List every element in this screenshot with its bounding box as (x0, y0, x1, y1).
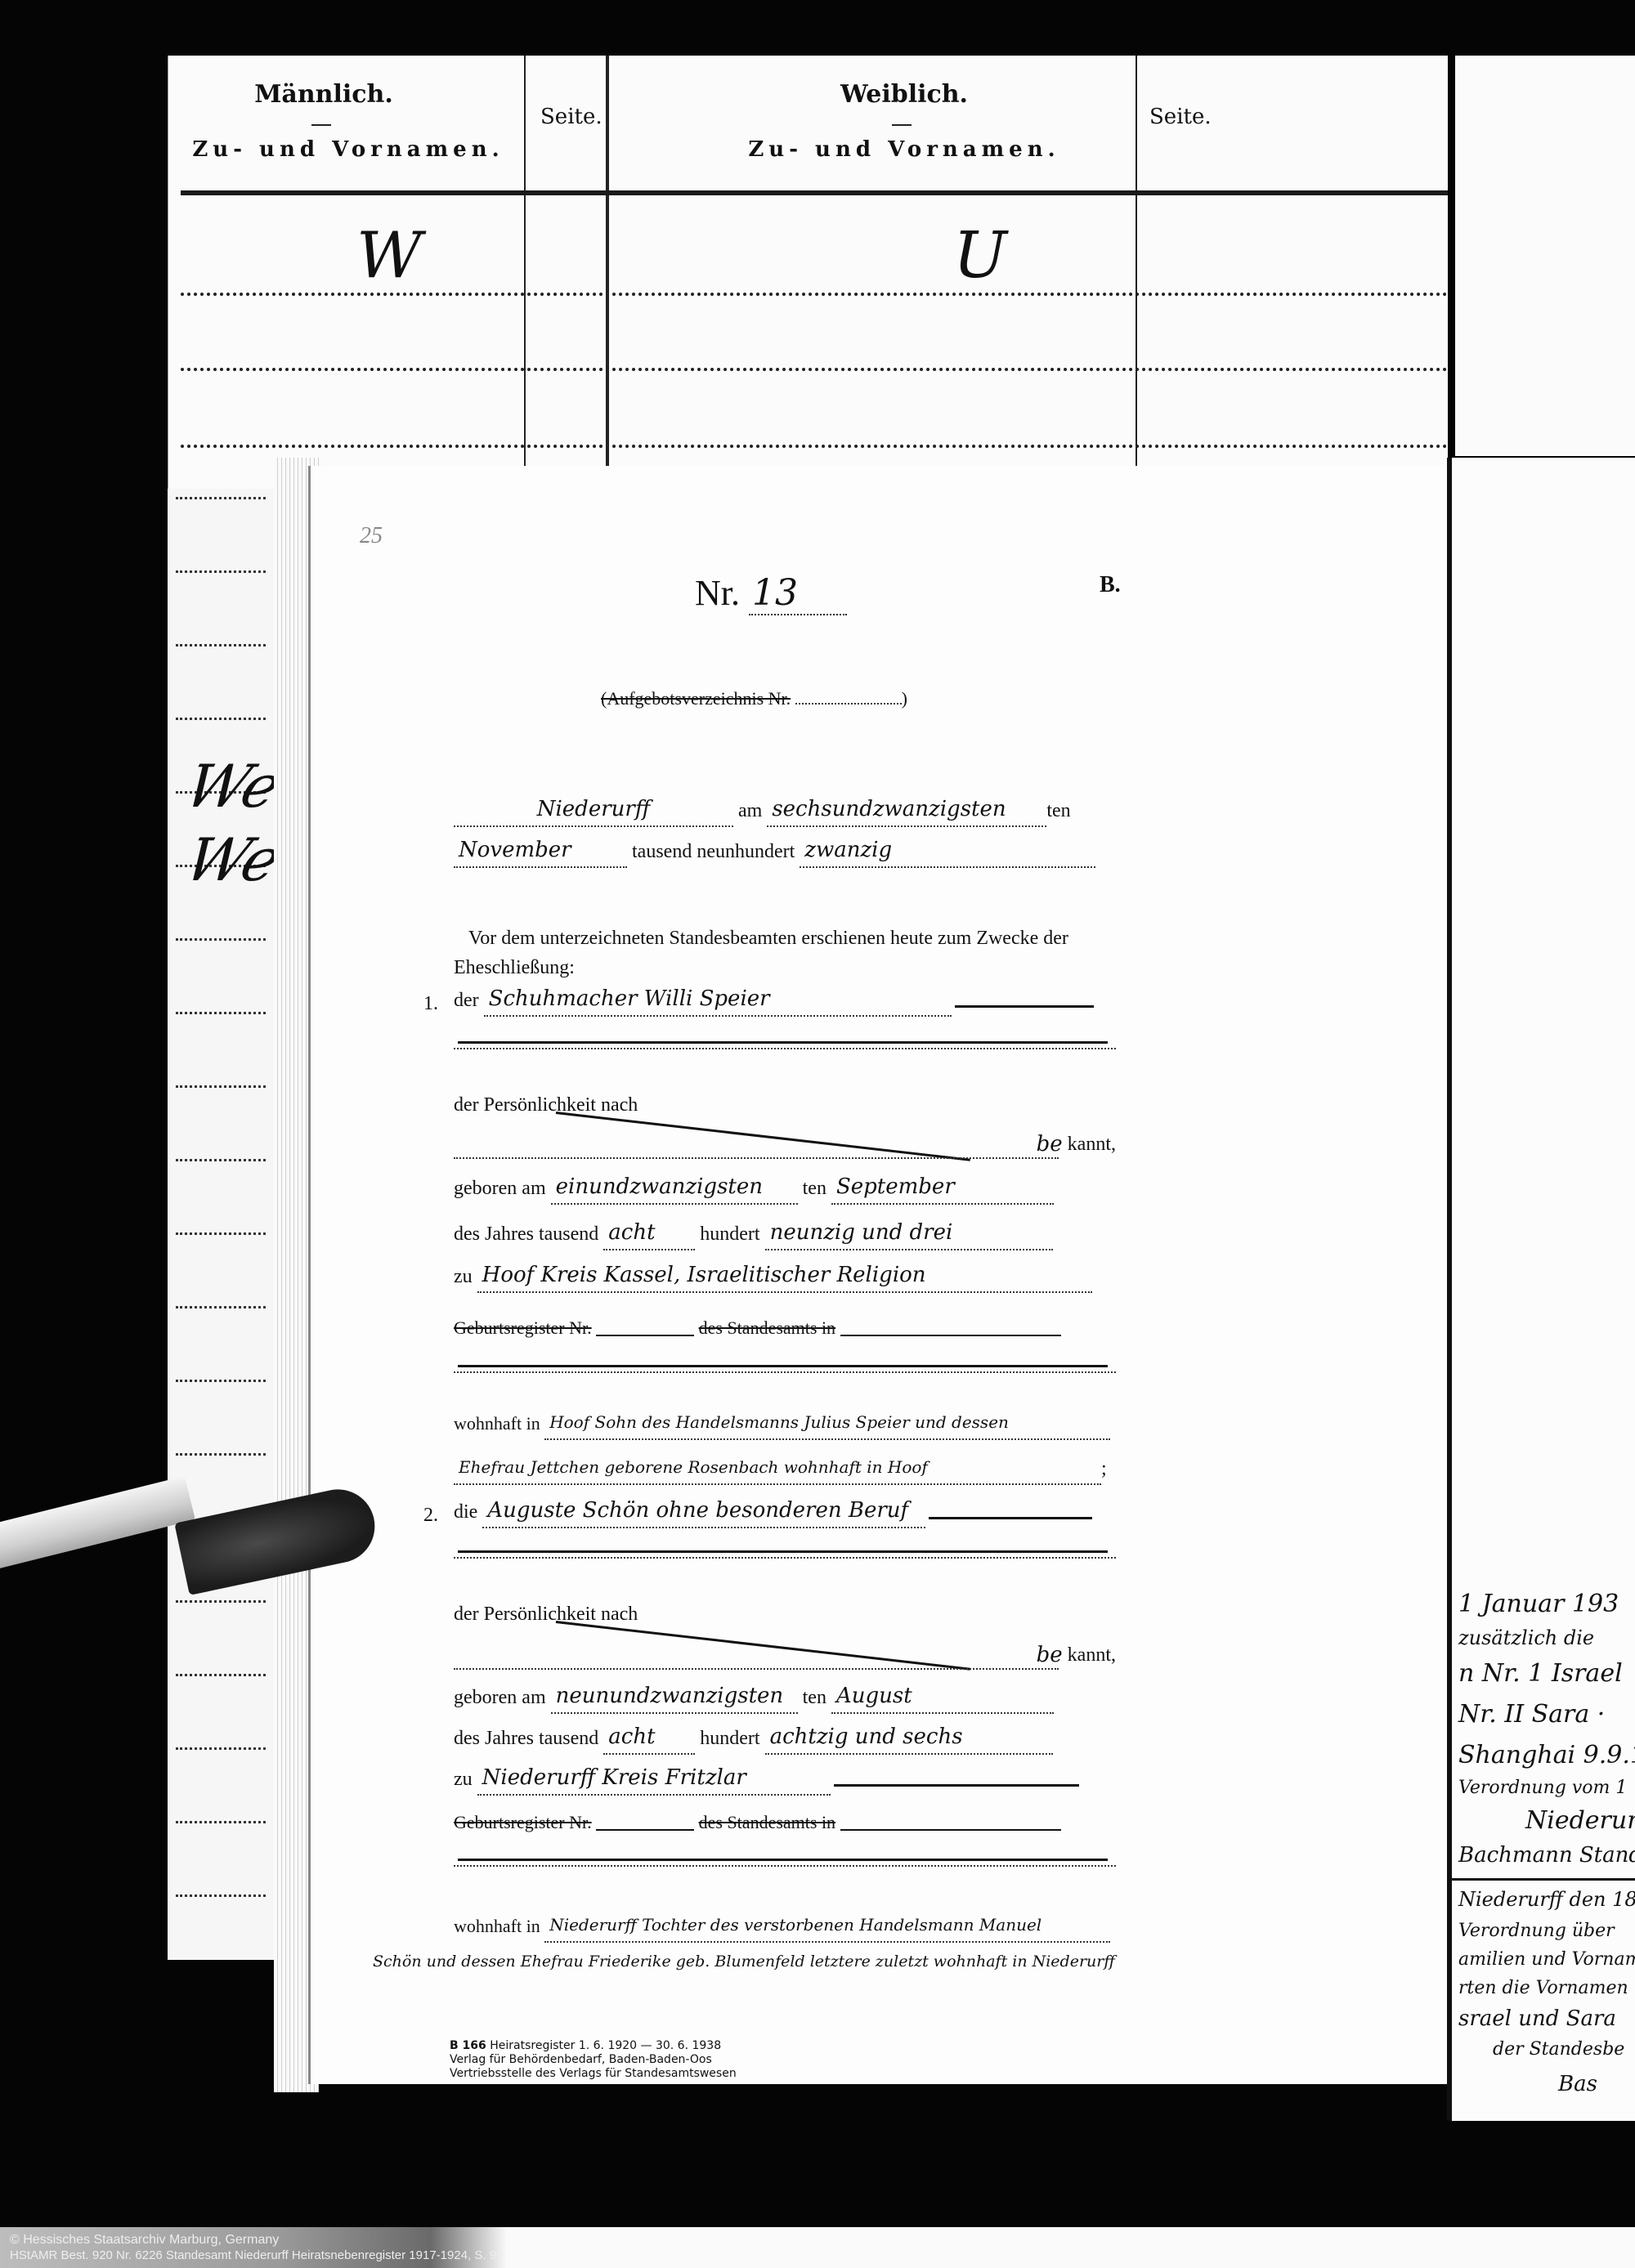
divider (311, 124, 331, 126)
groom-birthplace: Hoof Kreis Kassel, Israelitischer Religi… (477, 1259, 1092, 1293)
groom-residence: Hoof Sohn des Handelsmanns Julius Speier… (544, 1406, 1110, 1440)
bride-residence-cont: Schön und dessen Ehefrau Friederike geb.… (368, 1945, 1244, 1978)
header-female-page: Seite. (1149, 105, 1212, 129)
bride-residence-line2: Schön und dessen Ehefrau Friederike geb.… (368, 1945, 1251, 1978)
groom-birth-date-line: geboren am einundzwanzigsten ten Septemb… (454, 1170, 1116, 1203)
header-female-sub: Zu- und Vornamen. (741, 137, 1068, 162)
bride-residence: Niederurff Tochter des verstorbenen Hand… (544, 1908, 1110, 1943)
header-male-page: Seite. (540, 105, 602, 129)
margin-note-signature: Bas (1558, 2072, 1597, 2096)
entry-line (181, 368, 1448, 371)
series-letter: B. (1100, 572, 1121, 598)
entry-number: Nr. 13 (695, 572, 847, 614)
groom-name-line: 1. der Schuhmacher Willi Speier (454, 982, 1116, 1015)
index-page: Männlich. Zu- und Vornamen. Seite. Weibl… (168, 56, 1448, 489)
margin-note-line: n Nr. 1 Israel (1458, 1659, 1623, 1688)
bride-birth-month: August (831, 1680, 1054, 1714)
margin-note-line: der Standesbe (1493, 2039, 1624, 2060)
column-divider (1136, 56, 1137, 489)
margin-note-line: Verordnung vom 1 (1458, 1778, 1627, 1798)
form-imprint: B 166 Heiratsregister 1. 6. 1920 — 30. 6… (450, 2039, 737, 2081)
margin-note-line: rten die Vornamen (1458, 1978, 1628, 1998)
marriage-register-form: 25 Nr. 13 B. (Aufgebotsverzeichnis Nr. )… (311, 466, 1447, 2084)
groom-name-field: Schuhmacher Willi Speier (484, 982, 952, 1017)
entry-number-value: 13 (749, 572, 847, 615)
divider (892, 124, 912, 126)
bride-birthplace: Niederurff Kreis Fritzlar (477, 1761, 831, 1796)
bride-kannt-line: bekannt, (454, 1639, 1116, 1671)
groom-birthplace-line: zu Hoof Kreis Kassel, Israelitischer Rel… (454, 1259, 1116, 1291)
bride-birth-date-line: geboren am neunundzwanzigsten ten August (454, 1680, 1116, 1712)
groom-residence-line: wohnhaft in Hoof Sohn des Handelsmanns J… (454, 1406, 1116, 1438)
bride-birth-year-rest: achtzig und sechs (765, 1720, 1053, 1755)
entry-line (181, 293, 1448, 296)
margin-note-line: amilien und Vornam (1458, 1949, 1635, 1970)
margin-note-line: Shanghai 9.9.1 (1458, 1741, 1635, 1769)
margin-note-line: Bachmann Standes (1458, 1843, 1635, 1868)
groom-birth-month: September (831, 1170, 1054, 1205)
header-rule (181, 190, 1448, 195)
right-upper-page (1455, 56, 1635, 456)
bride-register-line: Geburtsregister Nr. des Standesamts in (454, 1806, 1116, 1839)
place-field: Niederurff (454, 793, 733, 827)
day-field: sechsundzwanzigsten (767, 793, 1046, 827)
cancelled-line (454, 1048, 1116, 1049)
margin-note-line: 1 Januar 193 (1458, 1590, 1619, 1618)
groom-birth-year-line: des Jahres tausend acht hundert neunzig … (454, 1216, 1116, 1249)
pencil-pointer (0, 1476, 195, 1571)
index-letter-female: U (953, 219, 1007, 293)
header-female: Weiblich. (782, 80, 1027, 109)
groom-kannt-line: bekannt, (454, 1128, 1116, 1161)
margin-note-line: Nr. II Sara · (1458, 1700, 1605, 1729)
margin-note-line: srael und Sara (1458, 2006, 1616, 2031)
margin-note-line: Niederurff den 18 No (1458, 1888, 1635, 1911)
place-date-line: Niederurff am sechsundzwanzigstenten (454, 793, 1116, 825)
groom-birth-year-thousand: acht (603, 1216, 695, 1250)
groom-residence-line2: Ehefrau Jettchen geborene Rosenbach wohn… (454, 1451, 1116, 1483)
credit-line-1: © Hessisches Staatsarchiv Marburg, Germa… (10, 2232, 507, 2248)
margin-note-line: Verordnung über (1458, 1921, 1615, 1941)
year-field: zwanzig (800, 834, 1095, 868)
bride-name-line: 2. die Auguste Schön ohne besonderen Ber… (454, 1494, 1116, 1527)
header-male: Männlich. (201, 80, 446, 109)
column-divider (524, 56, 526, 489)
column-divider-double (606, 56, 609, 489)
header-male-sub: Zu- und Vornamen. (185, 137, 512, 162)
groom-residence-cont: Ehefrau Jettchen geborene Rosenbach wohn… (454, 1451, 1101, 1485)
bride-residence-line: wohnhaft in Niederurff Tochter des verst… (454, 1908, 1116, 1941)
groom-birth-year-rest: neunzig und drei (765, 1216, 1053, 1250)
bride-identity-line: der Persönlichkeit nach (454, 1598, 1116, 1631)
bride-birth-day: neunundzwanzigsten (551, 1680, 798, 1714)
entry-number-label: Nr. (695, 573, 740, 613)
pencil-page-number: 25 (360, 523, 383, 549)
groom-birth-day: einundzwanzigsten (551, 1170, 798, 1205)
credit-line-2: HStAMR Best. 920 Nr. 6226 Standesamt Nie… (10, 2248, 507, 2263)
archive-credit: © Hessisches Staatsarchiv Marburg, Germa… (0, 2227, 507, 2268)
index-letter-male: W (356, 219, 422, 293)
margin-note-line: Niederur (1525, 1806, 1635, 1835)
bride-birth-year-line: des Jahres tausend acht hundert achtzig … (454, 1720, 1116, 1753)
month-year-line: November tausend neunhundert zwanzig (454, 834, 1116, 866)
entry-line (181, 445, 1448, 448)
groom-identity-line: der Persönlichkeit nach (454, 1089, 1116, 1121)
bride-birth-year-thousand: acht (603, 1720, 695, 1755)
left-page-edge (168, 489, 274, 1960)
bride-birthplace-line: zu Niederurff Kreis Fritzlar (454, 1761, 1116, 1794)
aufgebot-reference: (Aufgebotsverzeichnis Nr. ) (601, 688, 907, 709)
margin-note-line: zusätzlich die (1458, 1626, 1594, 1649)
intro-text: Vor dem unterzeichneten Standesbeamten e… (454, 924, 1116, 982)
bride-name-field: Auguste Schön ohne besonderen Beruf (482, 1494, 925, 1528)
right-page: 1 Januar 193 zusätzlich die n Nr. 1 Isra… (1447, 458, 1635, 2121)
aufgebot-label: (Aufgebotsverzeichnis Nr. (601, 688, 791, 709)
groom-register-line: Geburtsregister Nr. des Standesamts in (454, 1312, 1116, 1344)
month-field: November (454, 834, 627, 868)
